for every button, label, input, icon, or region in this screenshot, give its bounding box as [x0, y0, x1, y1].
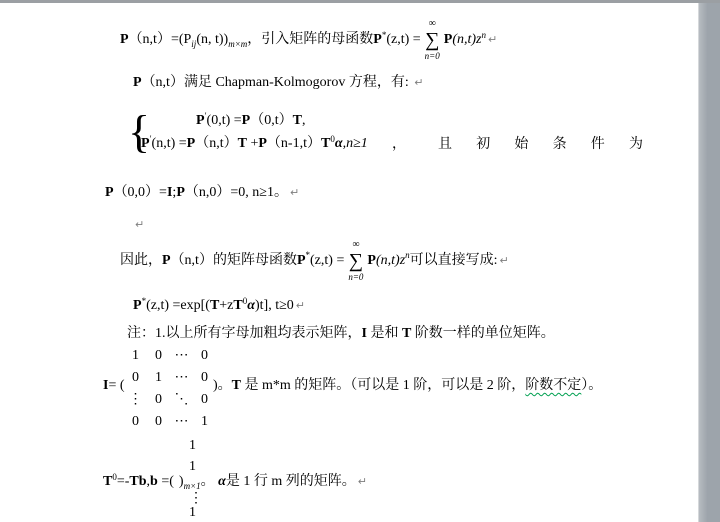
superscript-zero: 0 [243, 297, 248, 306]
vector-symbol: b [150, 474, 158, 489]
text-segment: (n,t) = [152, 136, 187, 151]
matrix-cell: 0 [147, 411, 170, 433]
matrix-cell: ⋯ [170, 411, 193, 433]
matrix-symbol: T [321, 136, 330, 151]
text-segment: 注：1.以上所有字母加粗均表示矩阵， [127, 326, 362, 341]
condition-comma: ， [392, 136, 406, 154]
superscript-zero: 0 [112, 473, 117, 482]
matrix-cell: 0 [124, 367, 147, 389]
matrix-symbol: T [238, 136, 247, 151]
matrix-cell: 1 [124, 345, 147, 367]
identity-matrix-lead: I= ( [103, 377, 125, 395]
sum-lower-limit: n=0 [425, 51, 440, 61]
matrix-symbol: P [297, 252, 306, 270]
matrix-symbol: T [232, 378, 241, 393]
paragraph-mark-icon: ↵ [500, 252, 509, 270]
text-segment: 。 [201, 474, 219, 489]
vector-value: 1 [189, 438, 196, 453]
sum-upper-limit: ∞ [429, 19, 436, 29]
cond-char: 件 [591, 136, 605, 154]
sum-lower-limit: n=0 [348, 272, 363, 282]
text-segment: （n,0）=0, n≥1。 [185, 185, 288, 200]
word-document-view: { "window": { "top_edge_color": "#9b9fa3… [0, 0, 720, 522]
alpha-symbol: α [247, 298, 255, 313]
matrix-symbol: P [162, 252, 171, 270]
spellcheck-flagged-text: 阶数不定 [525, 378, 581, 393]
paragraph-mark-icon: ↵ [296, 299, 305, 312]
line-conclusion: 因此，P（n,t）的矩阵母函数P*(z,t) =∞∑n=0P(n,t)zn 可以… [120, 238, 509, 283]
matrix-symbol: P [133, 298, 142, 313]
text-segment: (0,t) = [207, 113, 242, 128]
matrix-symbol: T [103, 474, 112, 489]
text-segment: (z,t) =exp[( [146, 298, 210, 313]
matrix-symbol: P [176, 185, 185, 200]
cond-char: 为 [629, 136, 643, 154]
matrix-cell: 0 [147, 389, 170, 411]
paragraph-mark-icon: ↵ [358, 475, 367, 488]
matrix-symbol: P [120, 31, 129, 49]
matrix-cell: ⋯ [170, 345, 193, 367]
text-segment: 是 1 行 m 列的矩阵。 [226, 474, 356, 489]
paragraph-mark-icon: ↵ [290, 186, 299, 199]
matrix-symbol: P [373, 31, 382, 49]
text-segment: （n,t）的矩阵母函数 [171, 252, 297, 270]
text-segment: （0,t） [250, 113, 292, 128]
subscript: m×m [228, 40, 247, 49]
superscript-star: * [142, 297, 147, 306]
text-segment: (z,t) = [386, 31, 420, 49]
text-segment: =- [117, 474, 130, 489]
matrix-symbol: T [233, 298, 242, 313]
initial-condition-line: P（0,0）=I;P（n,0）=0, n≥1。↵ [105, 184, 299, 202]
matrix-symbol: P [105, 185, 114, 200]
paragraph-mark-icon: ↵ [488, 31, 497, 49]
left-paren: ( [169, 474, 174, 489]
superscript: n [481, 31, 486, 40]
vector-definition-line: T0=-Tb,b =()m×1。 α是 1 行 m 列的矩阵。↵ [103, 473, 367, 491]
matrix-symbol: P [258, 136, 267, 151]
empty-paragraph-mark: ↵ [133, 216, 144, 234]
text-segment: ,n≥1 [343, 136, 368, 151]
document-page[interactable]: P（n,t）=(Pij(n, t))m×m，引入矩阵的母函数P*(z,t) =∞… [0, 3, 699, 522]
text-segment: +z [219, 298, 233, 313]
matrix-cell: 0 [147, 345, 170, 367]
text-segment: )t], t≥0 [255, 298, 294, 313]
text-segment: 是 m*m 的矩阵。（可以是 1 阶，可以是 2 阶， [241, 378, 525, 393]
cond-char: 初 [476, 136, 490, 154]
superscript-star: * [382, 31, 387, 40]
text-segment: 。 [218, 378, 232, 393]
note-line: 注：1.以上所有字母加粗均表示矩阵，I 是和 T 阶数一样的单位矩阵。 [127, 325, 555, 343]
matrix-cell: ⋯ [170, 367, 193, 389]
text-segment: 可以直接写成: [410, 252, 498, 270]
text-segment: 是和 [367, 326, 402, 341]
matrix-symbol: T [293, 113, 302, 128]
matrix-symbol: Tb [129, 474, 146, 489]
vector-value: 1 [189, 505, 196, 520]
matrix-symbol: T [402, 326, 411, 341]
subscript: ij [191, 40, 196, 49]
sigma-icon: ∑ [349, 250, 363, 272]
text-segment: （n,t） [195, 136, 237, 151]
matrix-symbol: P [444, 31, 453, 49]
text-segment: (n,t)z [376, 252, 405, 270]
text-segment: (n, t)) [196, 31, 228, 49]
text-segment: = [158, 474, 169, 489]
matrix-symbol: P [242, 113, 251, 128]
matrix-symbol: T [210, 298, 219, 313]
matrix-symbol: P [367, 252, 376, 270]
text-segment: + [247, 136, 258, 151]
matrix-cell: ⋮ [124, 389, 147, 411]
prime-mark: ′ [205, 112, 207, 121]
text-segment: （n,t）满足 Chapman-Kolmogorov 方程，有: [142, 75, 413, 90]
text-segment: （n,t）=(P [129, 31, 192, 49]
text-segment: （0,0）= [114, 185, 167, 200]
line-chapman-kolmogorov: P（n,t）满足 Chapman-Kolmogorov 方程，有: ↵ [133, 74, 423, 92]
matrix-symbol: P [141, 136, 150, 151]
sum-upper-limit: ∞ [352, 240, 359, 250]
summation-symbol: ∞∑n=0 [348, 240, 363, 282]
cond-char: 且 [438, 136, 452, 154]
text-segment: (z,t) = [310, 252, 344, 270]
formula-matrix-exponential: P*(z,t) =exp[(T+zT0α)t], t≥0↵ [133, 297, 305, 315]
equation-line-2: P′(n,t) =P（n,t）T +P（n-1,t）T0α,n≥1 [141, 135, 368, 153]
identity-matrix-grid: 10⋯0 01⋯0 ⋮0⋱0 00⋯1 [124, 345, 216, 433]
alpha-symbol: α [335, 136, 343, 151]
formula-line-generating-function: P（n,t）=(Pij(n, t))m×m，引入矩阵的母函数P*(z,t) =∞… [120, 17, 497, 63]
summation-symbol: ∞∑n=0 [425, 19, 440, 61]
superscript: n [405, 251, 410, 260]
text-segment: ）。 [581, 378, 602, 393]
justified-condition-text: 且 初 始 条 件 为 [438, 136, 643, 154]
cond-char: 始 [514, 136, 528, 154]
cond-char: 条 [553, 136, 567, 154]
matrix-cell: 0 [193, 345, 216, 367]
matrix-cell: 0 [124, 411, 147, 433]
matrix-symbol: P [196, 113, 205, 128]
paragraph-mark-icon: ↵ [414, 76, 423, 89]
superscript-star: * [306, 251, 311, 260]
vector-entry: 1 [189, 437, 196, 455]
text-segment: ， [392, 137, 406, 152]
text-segment: 因此， [120, 252, 162, 270]
vector-entry: 1 [189, 504, 196, 522]
prime-mark: ′ [150, 135, 152, 144]
matrix-cell: 1 [193, 411, 216, 433]
text-segment: （n-1,t） [267, 136, 321, 151]
alpha-symbol: α [218, 474, 226, 489]
sigma-icon: ∑ [425, 29, 439, 51]
window-top-edge [0, 0, 720, 3]
identity-matrix-tail: )。T 是 m*m 的矩阵。（可以是 1 阶，可以是 2 阶，阶数不定）。 [213, 377, 602, 395]
text-segment: , [302, 113, 306, 128]
matrix-cell: 1 [147, 367, 170, 389]
text-segment: 阶数一样的单位矩阵。 [411, 326, 555, 341]
window-right-gutter[interactable] [699, 0, 720, 522]
matrix-symbol: P [187, 136, 196, 151]
equation-line-1: P′(0,t) =P（0,t）T, [196, 112, 305, 130]
text-segment: = [108, 378, 119, 393]
text-segment: ，引入矩阵的母函数 [247, 31, 373, 49]
text-segment: (n,t)z [452, 31, 481, 49]
paragraph-mark-icon: ↵ [135, 218, 144, 231]
superscript-zero: 0 [330, 135, 335, 144]
vector-value: 1 [189, 459, 196, 474]
matrix-symbol: P [133, 75, 142, 90]
matrix-cell: ⋱ [170, 389, 193, 411]
